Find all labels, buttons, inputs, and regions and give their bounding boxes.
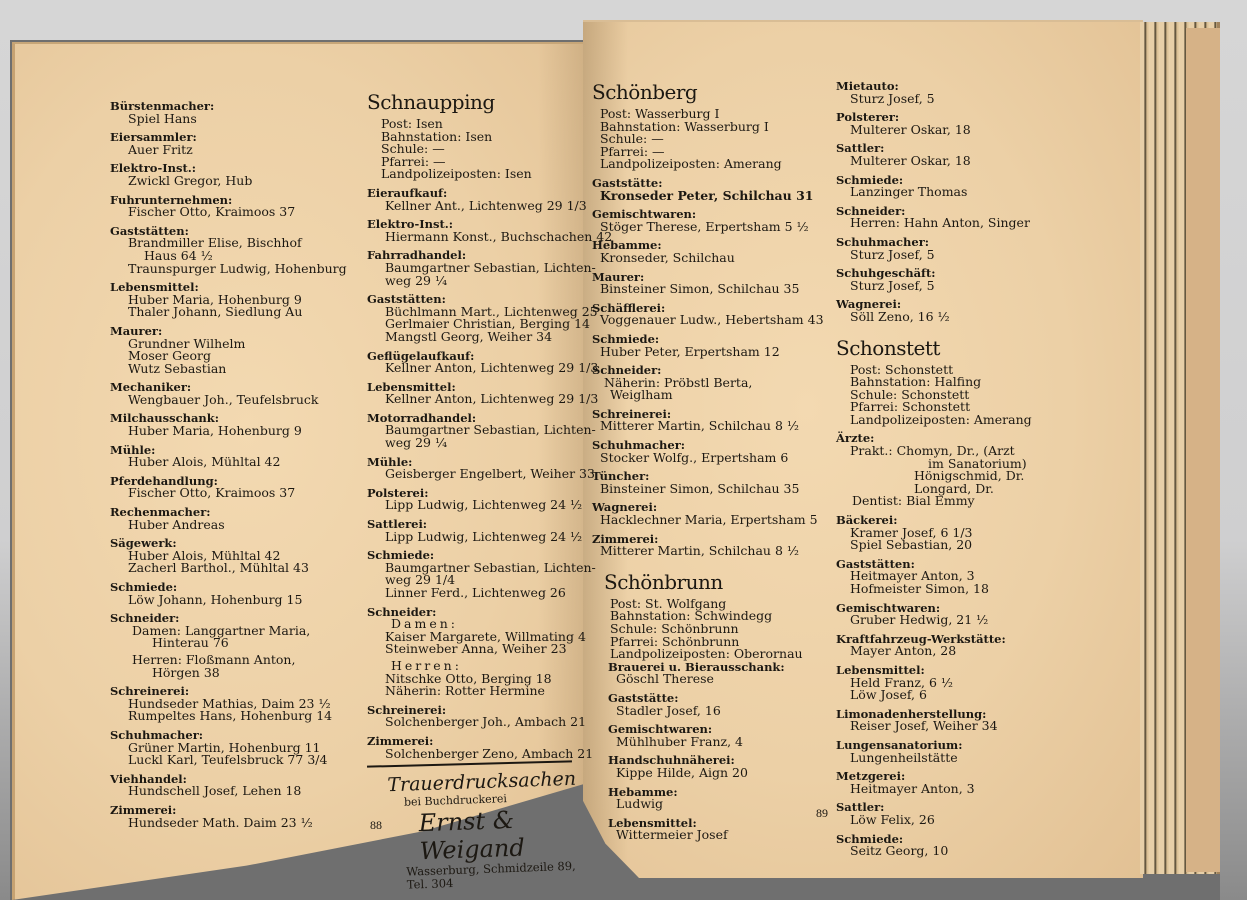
section-schneider: Schneider: Herren: Hahn Anton, Singer <box>836 205 1076 230</box>
page-stack-edge <box>1140 22 1220 874</box>
section-maurer: Maurer: Grundner Wilhelm Moser Georg Wut… <box>110 325 360 375</box>
entry: Binsteiner Simon, Schilchau 35 <box>592 483 827 496</box>
entry: Huber Alois, Mühltal 42 <box>110 456 360 469</box>
entry: Spiel Hans <box>110 113 360 126</box>
entry: Heitmayer Anton, 3 <box>836 783 1076 796</box>
info-landpolizeiposten: Landpolizeiposten: Amerang <box>600 158 827 171</box>
section-polsterei: Polsterei: Lipp Ludwig, Lichtenweg 24 ½ <box>367 487 592 512</box>
place-title-schonstett: Schonstett <box>836 336 1076 360</box>
entry: Hundschell Josef, Lehen 18 <box>110 785 360 798</box>
section-aerzte: Ärzte: Prakt.: Chomyn, Dr., (Arzt im San… <box>836 432 1076 508</box>
entry: Kellner Ant., Lichtenweg 29 1/3 <box>367 200 592 213</box>
section-limonadenherstellung: Limonadenherstellung: Reiser Josef, Weih… <box>836 708 1076 733</box>
section-wagnerei: Wagnerei: Hacklechner Maria, Erpertsham … <box>592 501 827 526</box>
section-schmiede: Schmiede: Huber Peter, Erpertsham 12 <box>592 333 827 358</box>
entry: Löw Johann, Hohenburg 15 <box>110 594 360 607</box>
entry: weg 29 ¼ <box>367 437 592 450</box>
section-viehhandel: Viehhandel: Hundschell Josef, Lehen 18 <box>110 773 360 798</box>
section-sattlerei: Sattlerei: Lipp Ludwig, Lichtenweg 24 ½ <box>367 518 592 543</box>
entry: Herren: Hahn Anton, Singer <box>836 217 1076 230</box>
entry: Multerer Oskar, 18 <box>836 155 1076 168</box>
entry: Gruber Hedwig, 21 ½ <box>836 614 1076 627</box>
section-tuencher: Tüncher: Binsteiner Simon, Schilchau 35 <box>592 470 827 495</box>
ad-firm-name: Ernst & Weigand <box>388 803 595 866</box>
section-hebamme: Hebamme: Ludwig <box>608 786 827 811</box>
entry: Sturz Josef, 5 <box>836 280 1076 293</box>
entry: Löw Felix, 26 <box>836 814 1076 827</box>
section-schmiede: Schmiede: Seitz Georg, 10 <box>836 833 1076 858</box>
page-number-right: 89 <box>816 806 828 821</box>
entry: Hofmeister Simon, 18 <box>836 583 1076 596</box>
section-mechaniker: Mechaniker: Wengbauer Joh., Teufelsbruck <box>110 381 360 406</box>
entry: Kronseder Peter, Schilchau 31 <box>592 190 827 203</box>
section-kraftfahrzeug-werkstaette: Kraftfahrzeug-Werkstätte: Mayer Anton, 2… <box>836 633 1076 658</box>
entry: Wittermeier Josef <box>608 829 827 842</box>
entry: Dentist: Bial Emmy <box>836 495 1076 508</box>
section-schneider: Schneider: Näherin: Pröbstl Berta, Weigl… <box>592 364 827 402</box>
entry: Zwickl Gregor, Hub <box>110 175 360 188</box>
section-schreinerei: Schreinerei: Solchenberger Joh., Ambach … <box>367 704 592 729</box>
entry: Steinweber Anna, Weiher 23 <box>367 643 592 656</box>
entry: Voggenauer Ludw., Hebertsham 43 <box>592 314 827 327</box>
entry: Kronseder, Schilchau <box>592 252 827 265</box>
section-schuhgeschaeft: Schuhgeschäft: Sturz Josef, 5 <box>836 267 1076 292</box>
section-polsterer: Polsterer: Multerer Oskar, 18 <box>836 111 1076 136</box>
section-metzgerei: Metzgerei: Heitmayer Anton, 3 <box>836 770 1076 795</box>
entry: Auer Fritz <box>110 144 360 157</box>
entry: Thaler Johann, Siedlung Au <box>110 306 360 319</box>
entry: Wutz Sebastian <box>110 363 360 376</box>
section-gaststaette: Gaststätte: Kronseder Peter, Schilchau 3… <box>592 177 827 202</box>
section-fahrradhandel: Fahrradhandel: Baumgartner Sebastian, Li… <box>367 249 592 287</box>
section-mietauto: Mietauto: Sturz Josef, 5 <box>836 80 1076 105</box>
place-info: Post: Wasserburg I Bahnstation: Wasserbu… <box>592 108 827 171</box>
section-schuhmacher: Schuhmacher: Grüner Martin, Hohenburg 11… <box>110 729 360 767</box>
entry: Mitterer Martin, Schilchau 8 ½ <box>592 545 827 558</box>
section-brauerei: Brauerei u. Bierausschank: Göschl Theres… <box>608 661 827 686</box>
section-lebensmittel: Lebensmittel: Kellner Anton, Lichtenweg … <box>367 381 592 406</box>
section-schreinerei: Schreinerei: Hundseder Mathias, Daim 23 … <box>110 685 360 723</box>
entry: Ludwig <box>608 798 827 811</box>
column-1: Bürstenmacher: Spiel Hans Eiersammler: A… <box>110 100 360 829</box>
entry: Stöger Therese, Erpertsham 5 ½ <box>592 221 827 234</box>
entry: Hundseder Math. Daim 23 ½ <box>110 817 360 830</box>
section-schuhmacher: Schuhmacher: Stocker Wolfg., Erpertsham … <box>592 439 827 464</box>
entry: Damen: Langgartner Maria, <box>110 625 360 638</box>
schoenbrunn-sections: Brauerei u. Bierausschank: Göschl Theres… <box>592 661 827 842</box>
entry: Weiglham <box>592 389 827 402</box>
entry: Mayer Anton, 28 <box>836 645 1076 658</box>
column-3: Schönberg Post: Wasserburg I Bahnstation… <box>592 80 827 842</box>
entry: Stocker Wolfg., Erpertsham 6 <box>592 452 827 465</box>
entry: Rumpeltes Hans, Hohenburg 14 <box>110 710 360 723</box>
section-schuhmacher: Schuhmacher: Sturz Josef, 5 <box>836 236 1076 261</box>
section-muehle: Mühle: Geisberger Engelbert, Weiher 33 <box>367 456 592 481</box>
section-handschuhnaeherei: Handschuhnäherei: Kippe Hilde, Aign 20 <box>608 754 827 779</box>
section-sattler: Sattler: Löw Felix, 26 <box>836 801 1076 826</box>
entry: Luckl Karl, Teufelsbruck 77 3/4 <box>110 754 360 767</box>
section-fuhrunternehmen: Fuhrunternehmen: Fischer Otto, Kraimoos … <box>110 194 360 219</box>
entry: Göschl Therese <box>608 673 827 686</box>
section-gaststaetten: Gaststätten: Brandmiller Elise, Bischhof… <box>110 225 360 275</box>
entry: Reiser Josef, Weiher 34 <box>836 720 1076 733</box>
section-pferdehandlung: Pferdehandlung: Fischer Otto, Kraimoos 3… <box>110 475 360 500</box>
entry: Hacklechner Maria, Erpertsham 5 <box>592 514 827 527</box>
entry: Solchenberger Joh., Ambach 21 <box>367 716 592 729</box>
place-title-schoenbrunn: Schönbrunn <box>592 570 827 594</box>
entry: Traunspurger Ludwig, Hohenburg <box>110 263 360 276</box>
entry: Zacherl Barthol., Mühltal 43 <box>110 562 360 575</box>
section-zimmerei: Zimmerei: Hundseder Math. Daim 23 ½ <box>110 804 360 829</box>
entry: Solchenberger Zeno, Ambach 21 <box>367 748 592 761</box>
entry: Hiermann Konst., Buchschachen 42 <box>367 231 592 244</box>
place-title-schnaupping: Schnaupping <box>367 90 592 114</box>
section-muehle: Mühle: Huber Alois, Mühltal 42 <box>110 444 360 469</box>
section-schneider: Schneider: Damen: Kaiser Margarete, Will… <box>367 606 592 698</box>
section-elektro: Elektro-Inst.: Zwickl Gregor, Hub <box>110 162 360 187</box>
entry: Geisberger Engelbert, Weiher 33 <box>367 468 592 481</box>
back-cover-edge <box>1186 28 1220 872</box>
section-schaefflerei: Schäfflerei: Voggenauer Ludw., Hebertsha… <box>592 302 827 327</box>
entry: Kippe Hilde, Aign 20 <box>608 767 827 780</box>
place-info: Post: Schonstett Bahnstation: Halfing Sc… <box>836 364 1076 427</box>
section-lebensmittel: Lebensmittel: Huber Maria, Hohenburg 9 T… <box>110 281 360 319</box>
section-hebamme: Hebamme: Kronseder, Schilchau <box>592 239 827 264</box>
section-eiersammler: Eiersammler: Auer Fritz <box>110 131 360 156</box>
section-schmiede: Schmiede: Löw Johann, Hohenburg 15 <box>110 581 360 606</box>
section-rechenmacher: Rechenmacher: Huber Andreas <box>110 506 360 531</box>
section-eieraufkauf: Eieraufkauf: Kellner Ant., Lichtenweg 29… <box>367 187 592 212</box>
entry: Herren: Floßmann Anton, <box>110 654 360 667</box>
section-gaststaetten: Gaststätten: Büchlmann Mart., Lichtenweg… <box>367 293 592 343</box>
entry: Binsteiner Simon, Schilchau 35 <box>592 283 827 296</box>
place-title-schoenberg: Schönberg <box>592 80 827 104</box>
section-gaststaetten: Gaststätten: Heitmayer Anton, 3 Hofmeist… <box>836 558 1076 596</box>
section-schneider: Schneider: Damen: Langgartner Maria, Hin… <box>110 612 360 679</box>
entry: Hinterau 76 <box>110 637 360 650</box>
entry: Lipp Ludwig, Lichtenweg 24 ½ <box>367 499 592 512</box>
entry: Löw Josef, 6 <box>836 689 1076 702</box>
entry: Fischer Otto, Kraimoos 37 <box>110 487 360 500</box>
entry: Mitterer Martin, Schilchau 8 ½ <box>592 420 827 433</box>
info-landpolizeiposten: Landpolizeiposten: Amerang <box>850 414 1076 427</box>
entry: Lipp Ludwig, Lichtenweg 24 ½ <box>367 531 592 544</box>
entry: Stadler Josef, 16 <box>608 705 827 718</box>
section-lebensmittel: Lebensmittel: Wittermeier Josef <box>608 817 827 842</box>
section-zimmerei: Zimmerei: Mitterer Martin, Schilchau 8 ½ <box>592 533 827 558</box>
entry: Kellner Anton, Lichtenweg 29 1/3 <box>367 362 592 375</box>
entry: Fischer Otto, Kraimoos 37 <box>110 206 360 219</box>
entry: Multerer Oskar, 18 <box>836 124 1076 137</box>
section-sattler: Sattler: Multerer Oskar, 18 <box>836 142 1076 167</box>
entry: Näherin: Rotter Hermine <box>367 685 592 698</box>
entry: Wengbauer Joh., Teufelsbruck <box>110 394 360 407</box>
entry: Hörgen 38 <box>110 667 360 680</box>
entry: Kellner Anton, Lichtenweg 29 1/3 <box>367 393 592 406</box>
section-schmiede: Schmiede: Lanzinger Thomas <box>836 174 1076 199</box>
page-number-left: 88 <box>370 818 382 833</box>
section-lungensanatorium: Lungensanatorium: Lungenheilstätte <box>836 739 1076 764</box>
section-gemischtwaren: Gemischtwaren: Stöger Therese, Erpertsha… <box>592 208 827 233</box>
section-baeckerei: Bäckerei: Kramer Josef, 6 1/3 Spiel Seba… <box>836 514 1076 552</box>
info-landpolizeiposten: Landpolizeiposten: Isen <box>381 168 592 181</box>
divider-rule <box>367 760 572 767</box>
info-landpolizeiposten: Landpolizeiposten: Oberornau <box>610 648 827 661</box>
section-gaststaette: Gaststätte: Stadler Josef, 16 <box>608 692 827 717</box>
entry: Seitz Georg, 10 <box>836 845 1076 858</box>
section-milchausschank: Milchausschank: Huber Maria, Hohenburg 9 <box>110 412 360 437</box>
section-gefluegelaufkauf: Geflügelaufkauf: Kellner Anton, Lichtenw… <box>367 350 592 375</box>
column-2: Schnaupping Post: Isen Bahnstation: Isen… <box>367 90 592 892</box>
entry: Lungenheilstätte <box>836 752 1076 765</box>
place-info: Post: St. Wolfgang Bahnstation: Schwinde… <box>592 598 827 661</box>
ad-address: Wasserburg, Schmidzeile 89, Tel. 304 <box>390 859 596 891</box>
entry: Lanzinger Thomas <box>836 186 1076 199</box>
advertisement: Trauerdrucksachen bei Buchdruckerei Erns… <box>367 767 596 892</box>
entry: Söll Zeno, 16 ½ <box>836 311 1076 324</box>
section-gemischtwaren: Gemischtwaren: Gruber Hedwig, 21 ½ <box>836 602 1076 627</box>
section-lebensmittel: Lebensmittel: Held Franz, 6 ½ Löw Josef,… <box>836 664 1076 702</box>
column-4: Mietauto: Sturz Josef, 5 Polsterer: Mult… <box>836 80 1076 858</box>
entry: Mühlhuber Franz, 4 <box>608 736 827 749</box>
section-maurer: Maurer: Binsteiner Simon, Schilchau 35 <box>592 271 827 296</box>
entry: Huber Maria, Hohenburg 9 <box>110 425 360 438</box>
section-wagnerei: Wagnerei: Söll Zeno, 16 ½ <box>836 298 1076 323</box>
section-motorradhandel: Motorradhandel: Baumgartner Sebastian, L… <box>367 412 592 450</box>
entry: Huber Peter, Erpertsham 12 <box>592 346 827 359</box>
entry: Sturz Josef, 5 <box>836 249 1076 262</box>
entry: Spiel Sebastian, 20 <box>836 539 1076 552</box>
section-elektro: Elektro-Inst.: Hiermann Konst., Buchscha… <box>367 218 592 243</box>
section-buerstenmacher: Bürstenmacher: Spiel Hans <box>110 100 360 125</box>
section-gemischtwaren: Gemischtwaren: Mühlhuber Franz, 4 <box>608 723 827 748</box>
entry: weg 29 ¼ <box>367 275 592 288</box>
entry: Mangstl Georg, Weiher 34 <box>367 331 592 344</box>
section-zimmerei: Zimmerei: Solchenberger Zeno, Ambach 21 <box>367 735 592 760</box>
section-saegewerk: Sägewerk: Huber Alois, Mühltal 42 Zacher… <box>110 537 360 575</box>
entry: Linner Ferd., Lichtenweg 26 <box>367 587 592 600</box>
entry: Huber Andreas <box>110 519 360 532</box>
place-info: Post: Isen Bahnstation: Isen Schule: — P… <box>367 118 592 181</box>
section-schreinerei: Schreinerei: Mitterer Martin, Schilchau … <box>592 408 827 433</box>
section-schmiede: Schmiede: Baumgartner Sebastian, Lichten… <box>367 549 592 599</box>
entry: Sturz Josef, 5 <box>836 93 1076 106</box>
